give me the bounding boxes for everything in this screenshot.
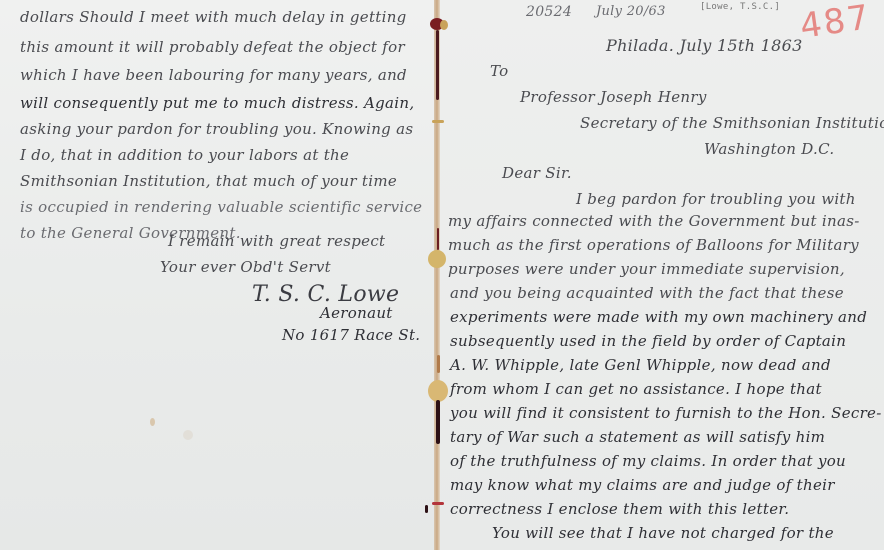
- letter-line: which I have been labouring for many yea…: [20, 66, 407, 84]
- received-note: July 20/63: [596, 4, 666, 19]
- red-stain: [432, 502, 444, 505]
- letter-line: A. W. Whipple, late Genl Whipple, now de…: [450, 356, 831, 374]
- recipient-name: Professor Joseph Henry: [520, 88, 707, 106]
- letter-line: tary of War such a statement as will sat…: [450, 428, 825, 446]
- letter-line: subsequently used in the field by order …: [450, 332, 846, 350]
- letter-line: experiments were made with my own machin…: [450, 308, 867, 326]
- salutation-to: To: [490, 62, 508, 80]
- folio-number: 487: [798, 0, 874, 47]
- letter-line: I do, that in addition to your labors at…: [20, 146, 349, 164]
- archive-bracket-note: [Lowe, T.S.C.]: [700, 2, 780, 12]
- letter-line: of the truthfulness of my claims. In ord…: [450, 452, 846, 470]
- letter-line: Smithsonian Institution, that much of yo…: [20, 172, 397, 190]
- glue-stain: [440, 20, 448, 30]
- ink-blot: [425, 505, 428, 513]
- letter-line: dollars Should I meet with much delay in…: [20, 8, 407, 26]
- recipient-location: Washington D.C.: [704, 140, 834, 158]
- letter-line: will consequently put me to much distres…: [20, 94, 414, 112]
- letter-line: correctness I enclose them with this let…: [450, 500, 789, 518]
- letter-line: much as the first operations of Balloons…: [448, 236, 859, 254]
- foxing-spot: [183, 430, 193, 440]
- recipient-title: Secretary of the Smithsonian Institution: [580, 114, 884, 132]
- letter-line: from whom I can get no assistance. I hop…: [450, 380, 822, 398]
- sender-address: No 1617 Race St.: [282, 326, 420, 344]
- letter-line: purposes were under your immediate super…: [448, 260, 845, 278]
- letter-line: You will see that I have not charged for…: [492, 524, 834, 542]
- right-page: 20524 July 20/63 [Lowe, T.S.C.] 487 Phil…: [436, 0, 884, 550]
- letter-line: this amount it will probably defeat the …: [20, 38, 405, 56]
- letter-line: asking your pardon for troubling you. Kn…: [20, 120, 413, 138]
- letter-line: is occupied in rendering valuable scient…: [20, 198, 422, 216]
- left-page: dollars Should I meet with much delay in…: [0, 0, 436, 550]
- letter-line: may know what my claims are and judge of…: [450, 476, 835, 494]
- glue-stain: [432, 120, 444, 123]
- closing-line: I remain with great respect: [168, 232, 385, 250]
- glue-stain: [428, 250, 446, 268]
- glue-stain: [428, 380, 448, 402]
- dark-streak: [436, 400, 440, 444]
- archive-number: 20524: [526, 4, 572, 20]
- place-date: Philada. July 15th 1863: [606, 36, 803, 55]
- rust-streak: [437, 355, 440, 373]
- letter-line: my affairs connected with the Government…: [448, 212, 860, 230]
- dark-streak: [437, 228, 439, 250]
- letter-line: I beg pardon for troubling you with: [576, 190, 856, 208]
- greeting: Dear Sir.: [502, 164, 572, 182]
- foxing-spot: [150, 418, 155, 426]
- signature-title: Aeronaut: [320, 304, 393, 322]
- letter-line: and you being acquainted with the fact t…: [450, 284, 844, 302]
- letter-line: you will find it consistent to furnish t…: [450, 404, 882, 422]
- closing-line: Your ever Obd't Servt: [160, 258, 331, 276]
- dark-streak: [436, 30, 439, 100]
